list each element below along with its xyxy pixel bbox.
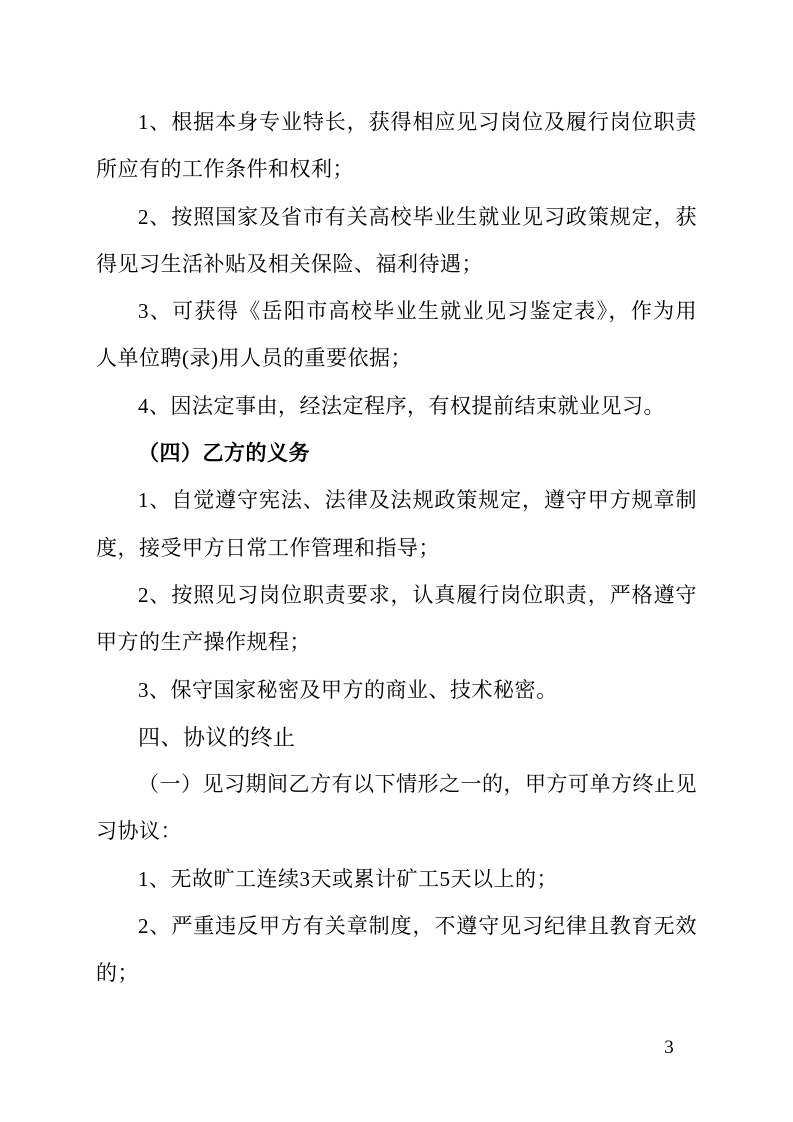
text-line: （四）乙方的义务: [96, 430, 697, 477]
text-line: 2、按照见习岗位职责要求，认真履行岗位职责，严格遵守: [96, 572, 697, 619]
text-line: 四、协议的终止: [96, 714, 697, 761]
text-line: 所应有的工作条件和权利；: [96, 146, 697, 193]
text-line: 1、自觉遵守宪法、法律及法规政策规定，遵守甲方规章制: [96, 477, 697, 524]
text-line: 1、无故旷工连续3天或累计矿工5天以上的；: [96, 856, 697, 903]
text-line: （一）见习期间乙方有以下情形之一的，甲方可单方终止见: [96, 761, 697, 808]
text-line: 2、按照国家及省市有关高校毕业生就业见习政策规定，获: [96, 194, 697, 241]
text-line: 得见习生活补贴及相关保险、福利待遇；: [96, 241, 697, 288]
text-line: 习协议：: [96, 808, 697, 855]
text-line: 4、因法定事由，经法定程序，有权提前结束就业见习。: [96, 383, 697, 430]
text-line: 度，接受甲方日常工作管理和指导；: [96, 525, 697, 572]
text-line: 甲方的生产操作规程；: [96, 619, 697, 666]
text-line: 2、严重违反甲方有关章制度，不遵守见习纪律且教育无效: [96, 903, 697, 950]
document-page: 1、根据本身专业特长，获得相应见习岗位及履行岗位职责所应有的工作条件和权利；2、…: [0, 0, 793, 1122]
text-block: 1、根据本身专业特长，获得相应见习岗位及履行岗位职责所应有的工作条件和权利；2、…: [96, 99, 697, 998]
text-line: 3、可获得《岳阳市高校毕业生就业见习鉴定表》，作为用: [96, 288, 697, 335]
text-line: 人单位聘(录)用人员的重要依据；: [96, 335, 697, 382]
text-line: 的；: [96, 950, 697, 997]
text-line: 3、保守国家秘密及甲方的商业、技术秘密。: [96, 667, 697, 714]
page-number: 3: [655, 1036, 683, 1060]
text-line: 1、根据本身专业特长，获得相应见习岗位及履行岗位职责: [96, 99, 697, 146]
